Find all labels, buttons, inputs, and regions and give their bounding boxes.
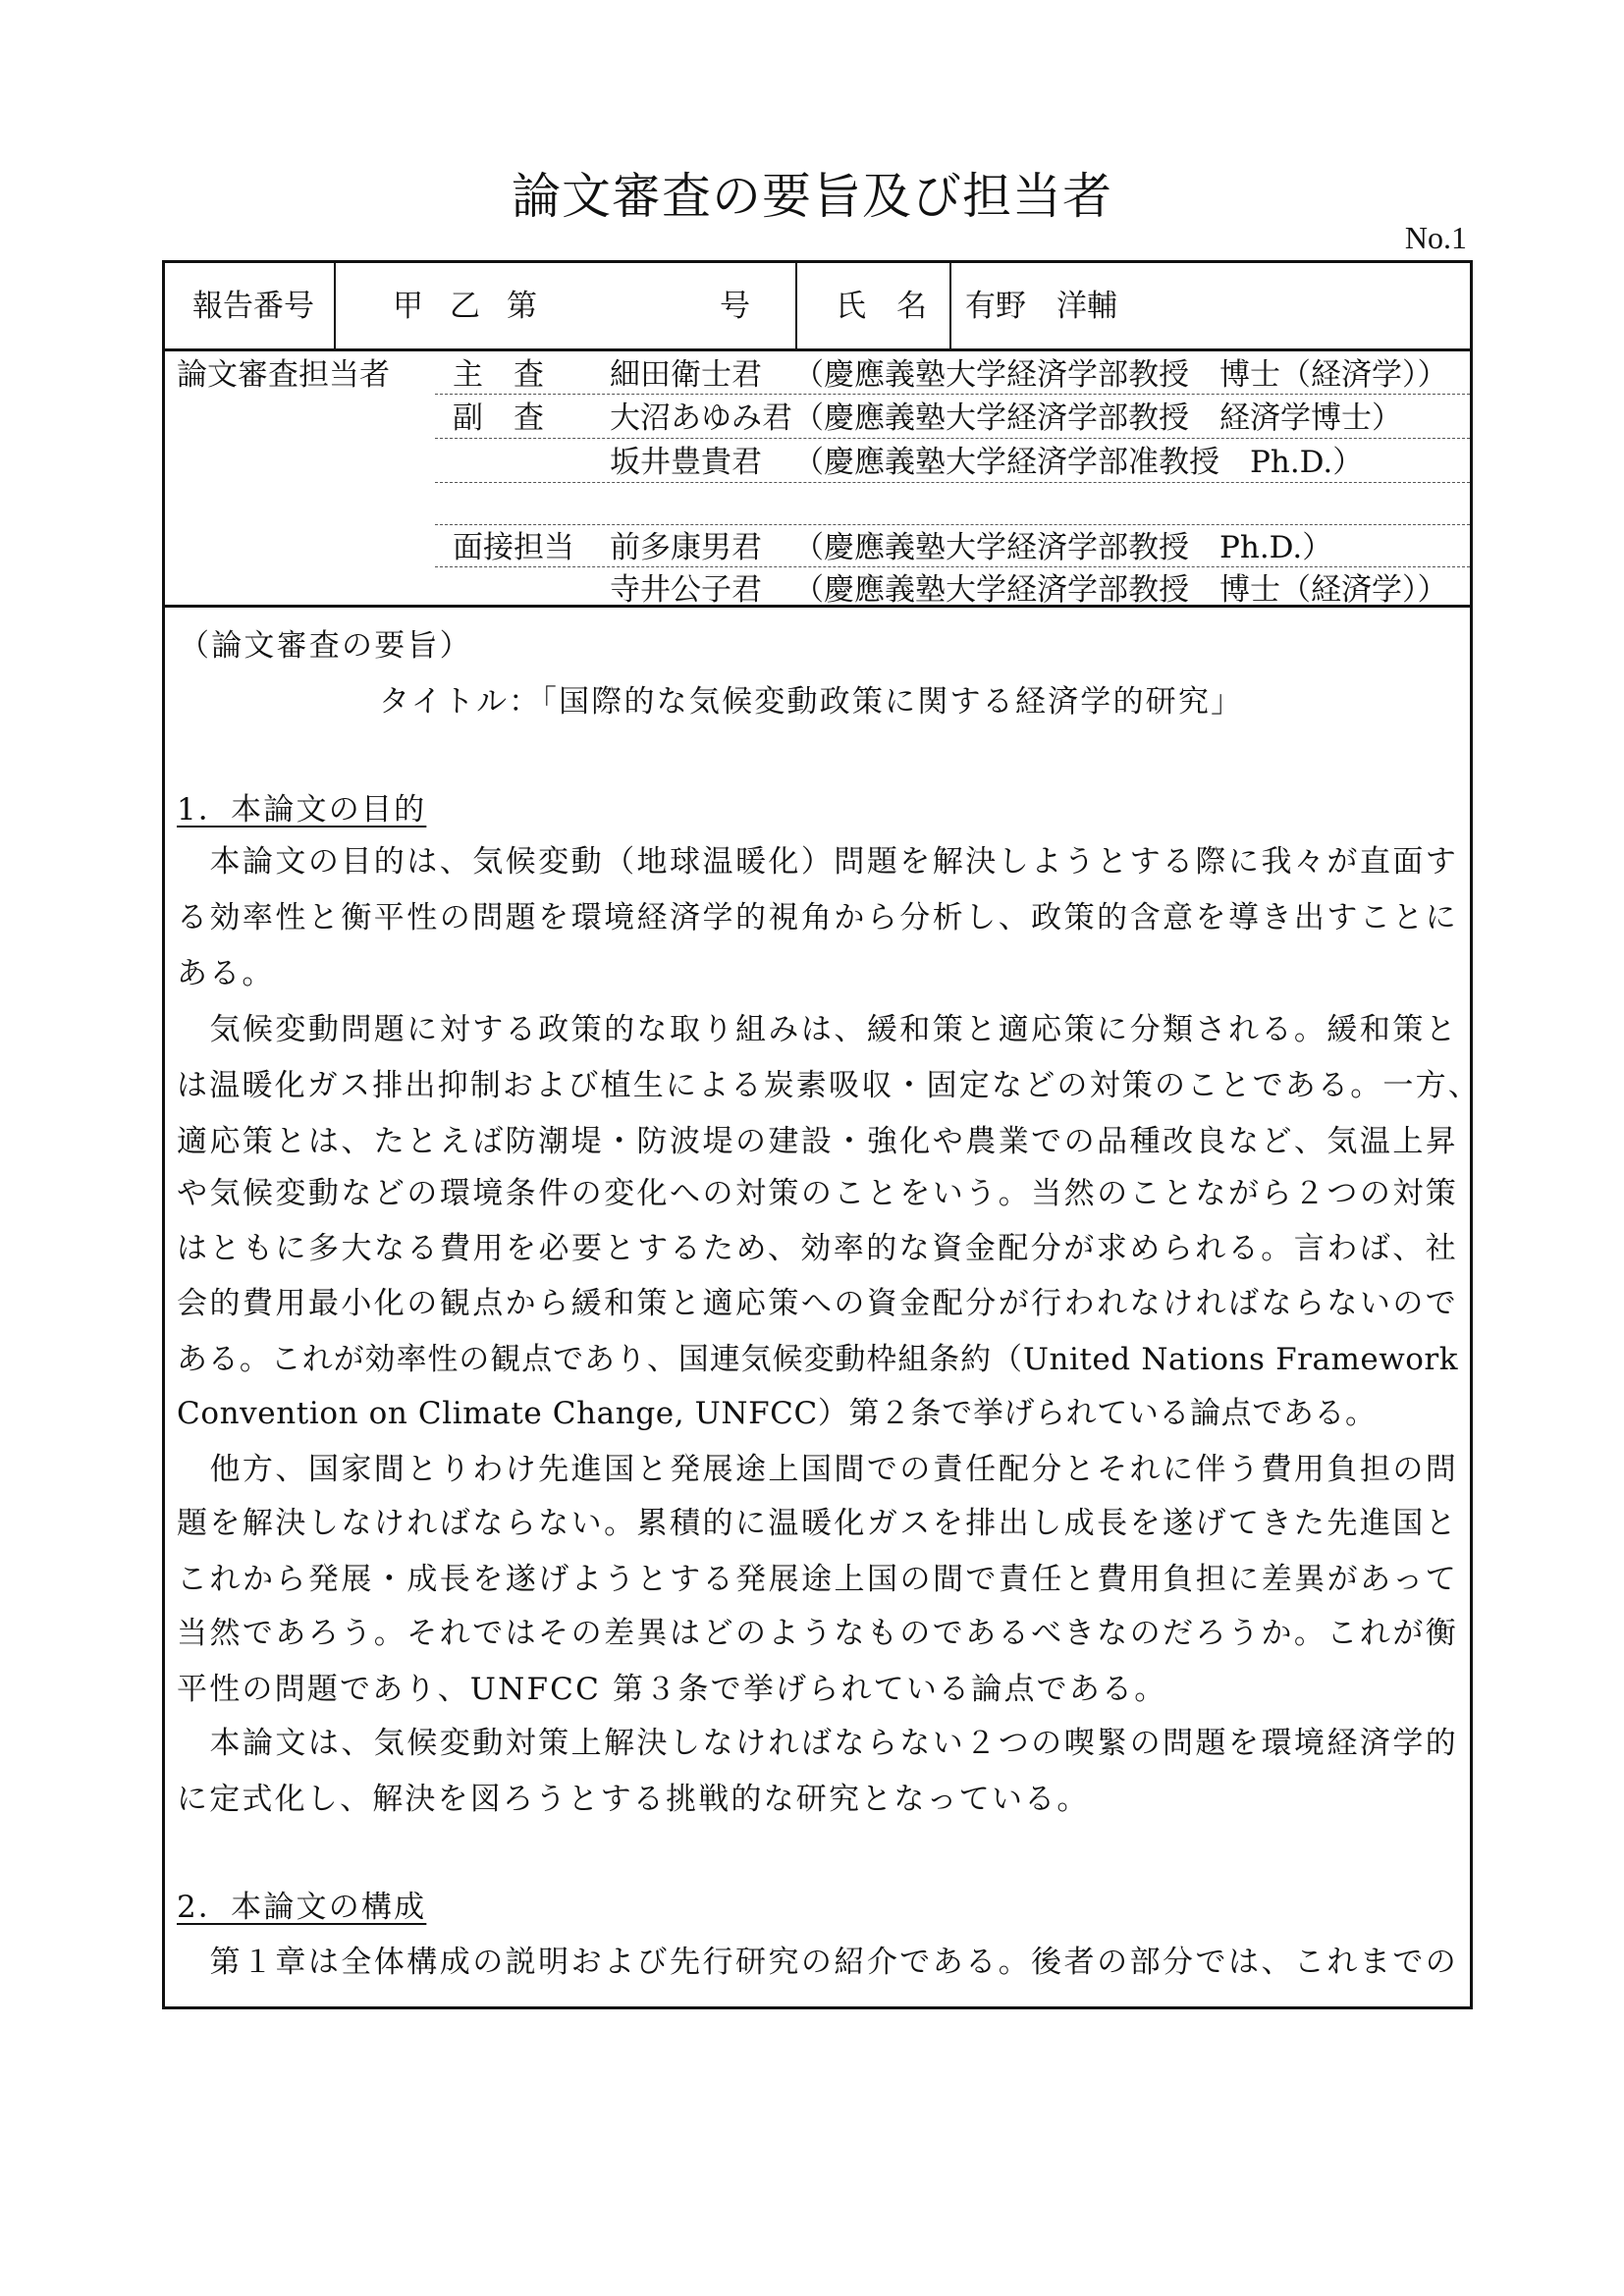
paragraph-line: はともに多大なる費用を必要とするため、効率的な資金配分が求められる。言わば、社: [177, 1229, 1458, 1268]
column-divider: [795, 263, 797, 348]
heading-text: 2．本論文の構成: [177, 1890, 426, 1925]
member-role: 副 査: [453, 399, 544, 438]
paragraph-line: 題を解決しなければならない。累積的に温暖化ガスを排出し成長を遂げてきた先進国と: [177, 1504, 1458, 1543]
member-role: 面接担当: [453, 528, 574, 567]
member-role: 主 査: [453, 355, 544, 395]
paragraph-line: ある。これが効率性の観点であり、国連気候変動枠組条約（United Nation…: [177, 1340, 1458, 1379]
row-divider-dashed: [435, 394, 1470, 395]
paragraph-line: 会的費用最小化の観点から緩和策と適応策への資金配分が行われなければならないので: [177, 1284, 1458, 1323]
otsu-label: 乙: [450, 287, 480, 326]
paragraph-line: 第１章は全体構成の説明および先行研究の紹介である。後者の部分では、これまでの: [177, 1943, 1458, 1982]
thesis-title: タイトル：「国際的な気候変動政策に関する経済学的研究」: [379, 682, 1458, 721]
paragraph-line: 当然であろう。それではその差異はどのようなものであるべきなのだろうか。これが衡: [177, 1614, 1458, 1653]
page-number: No.1: [1405, 220, 1467, 256]
paragraph-line: 適応策とは、たとえば防潮堤・防波堤の建設・強化や農業での品種改良など、気温上昇: [177, 1122, 1458, 1161]
paragraph-line: 気候変動問題に対する政策的な取り組みは、緩和策と適応策に分類される。緩和策と: [177, 1010, 1458, 1049]
member-affiliation: （慶應義塾大学経済学部教授 博士（経済学））: [793, 570, 1448, 610]
go-label: 号: [720, 287, 750, 326]
report-number-label: 報告番号: [192, 287, 314, 326]
name-label: 氏 名: [836, 287, 927, 326]
row-divider-dashed: [435, 438, 1470, 439]
kou-label: 甲: [393, 287, 423, 326]
paragraph-line: に定式化し、解決を図ろうとする挑戦的な研究となっている。: [177, 1780, 1458, 1819]
heading-text: 1．本論文の目的: [177, 792, 426, 828]
header-row-divider: [165, 348, 1470, 351]
paragraph-line: 平性の問題であり、UNFCC 第３条で挙げられている論点である。: [177, 1670, 1458, 1709]
summary-section-label: （論文審査の要旨）: [179, 626, 1458, 666]
paragraph-line: Convention on Climate Change, UNFCC）第２条で…: [177, 1394, 1458, 1433]
paragraph-line: は温暖化ガス排出抑制および植生による炭素吸収・固定などの対策のことである。一方、: [177, 1066, 1458, 1105]
committee-label: 論文審査担当者: [177, 355, 390, 395]
name-value: 有野 洋輔: [965, 287, 1117, 326]
member-affiliation: （慶應義塾大学経済学部准教授 Ph.D.）: [793, 443, 1363, 482]
paragraph-line: る効率性と衡平性の問題を環境経済学的視角から分析し、政策的含意を導き出すことに: [177, 898, 1458, 937]
paragraph-line: 本論文は、気候変動対策上解決しなければならない２つの喫緊の問題を環境経済学的: [177, 1724, 1458, 1763]
paragraph-line: 他方、国家間とりわけ先進国と発展途上国間での責任配分とそれに伴う費用負担の問: [177, 1450, 1458, 1489]
paragraph-line: ある。: [177, 954, 1458, 993]
section-heading-purpose: 1．本論文の目的: [177, 790, 1458, 829]
row-divider-dashed: [435, 566, 1470, 567]
section-heading-structure: 2．本論文の構成: [177, 1888, 1458, 1927]
row-divider-dashed: [435, 524, 1470, 525]
member-name: 前多康男君: [610, 528, 762, 567]
member-name: 寺井公子君: [610, 570, 762, 610]
review-form-table: 報告番号 甲 乙 第 号 氏 名 有野 洋輔 論文審査担当者 主 査 細田衛士君…: [162, 260, 1473, 2009]
committee-section-divider: [165, 605, 1470, 608]
row-divider-dashed: [435, 482, 1470, 483]
member-name: 坂井豊貴君: [610, 443, 762, 482]
member-affiliation: （慶應義塾大学経済学部教授 経済学博士）: [793, 399, 1402, 438]
member-name: 細田衛士君: [610, 355, 762, 395]
column-divider: [334, 263, 336, 348]
member-affiliation: （慶應義塾大学経済学部教授 博士（経済学））: [793, 355, 1448, 395]
document-title: 論文審査の要旨及び担当者: [0, 157, 1624, 228]
paragraph-line: や気候変動などの環境条件の変化への対策のことをいう。当然のことながら２つの対策: [177, 1174, 1458, 1213]
paragraph-line: 本論文の目的は、気候変動（地球温暖化）問題を解決しようとする際に我々が直面す: [177, 842, 1458, 881]
dai-label: 第: [507, 287, 537, 326]
member-affiliation: （慶應義塾大学経済学部教授 Ph.D.）: [793, 528, 1332, 567]
member-name: 大沼あゆみ君: [610, 399, 792, 438]
column-divider: [949, 263, 951, 348]
paragraph-line: これから発展・成長を遂げようとする発展途上国の間で責任と費用負担に差異があって: [177, 1560, 1458, 1599]
